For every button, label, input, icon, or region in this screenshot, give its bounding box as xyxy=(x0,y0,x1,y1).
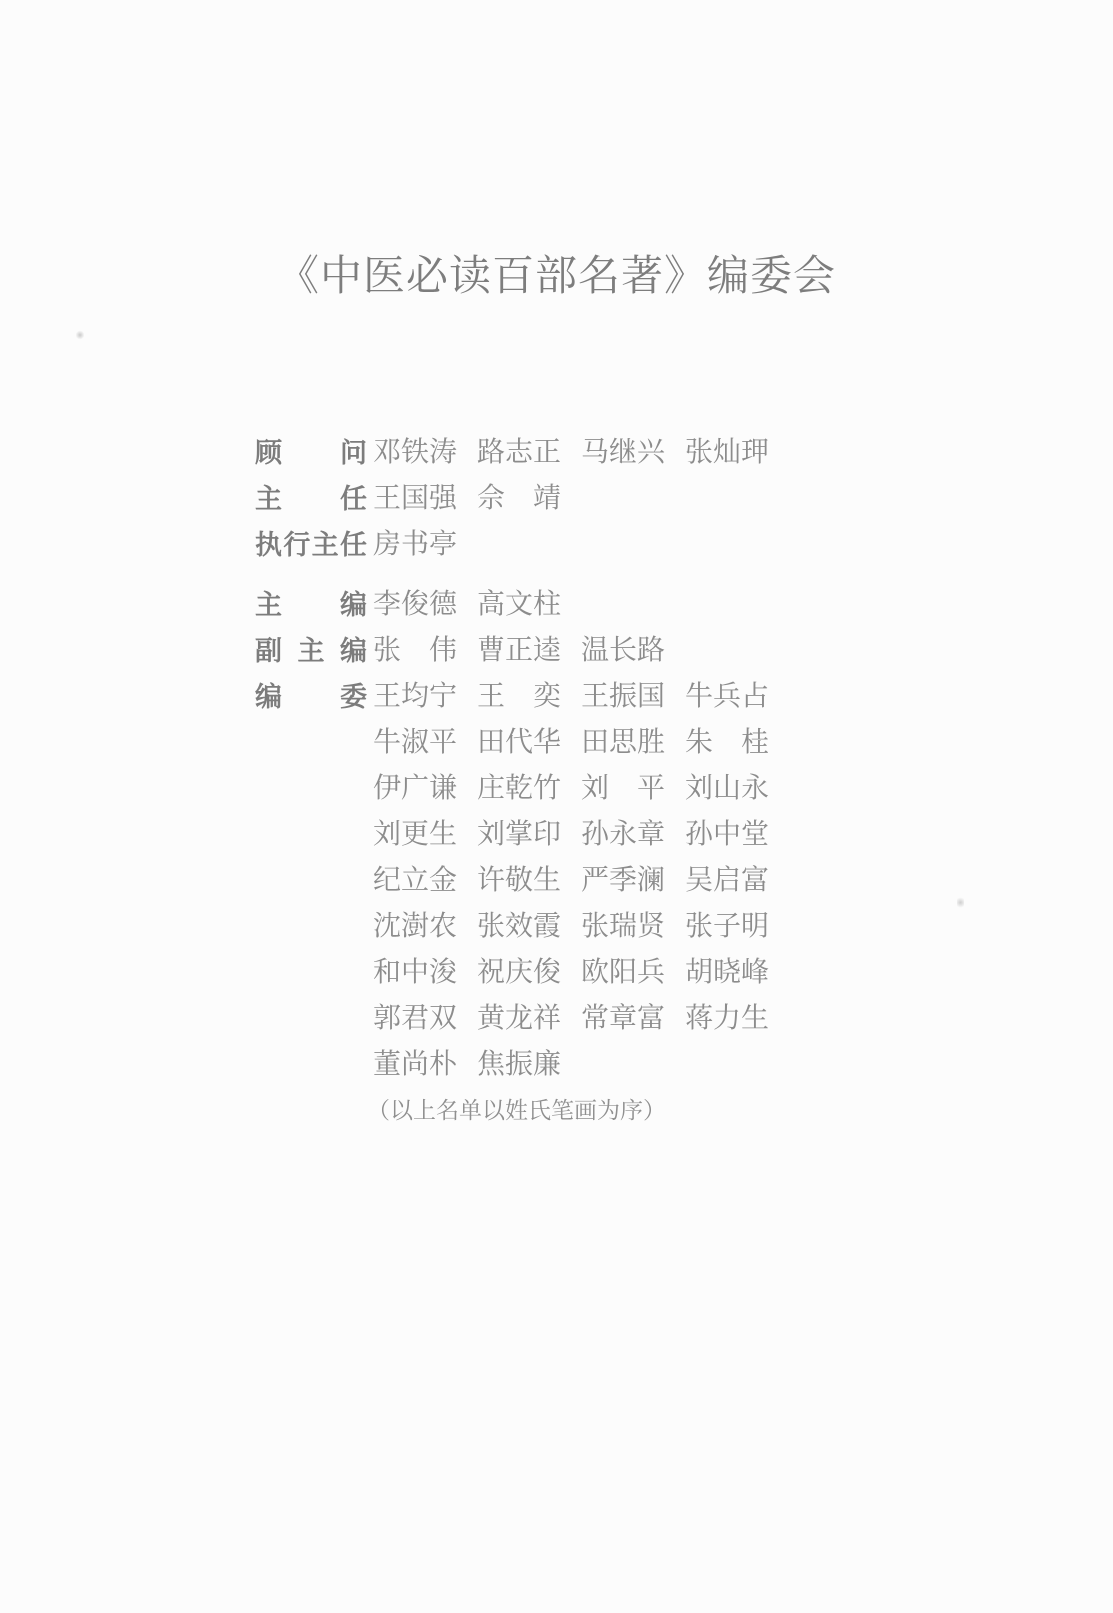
name-group: 邓铁涛 路志正 马继兴 张灿玾 xyxy=(373,430,789,470)
name-group: 伊广谦 庄乾竹 刘平 刘山永 xyxy=(373,766,789,806)
name-group: 郭君双 黄龙祥 常章富 蒋力生 xyxy=(373,996,789,1036)
role-label: 顾问 xyxy=(255,431,367,470)
roster-row-deputy-editors: 副主编 张伟 曹正逵 温长路 xyxy=(255,625,789,671)
person-name: 牛兵占 xyxy=(685,674,769,714)
person-name: 张灿玾 xyxy=(685,430,769,470)
person-name: 欧阳兵 xyxy=(581,950,665,990)
roster-row-executive-director: 执行主任 房书亭 xyxy=(255,519,789,565)
role-label: 副主编 xyxy=(255,629,367,668)
person-name: 王奕 xyxy=(477,674,561,714)
person-name: 刘平 xyxy=(581,766,665,806)
person-name: 蒋力生 xyxy=(685,996,769,1036)
person-name: 孙永章 xyxy=(581,812,665,852)
editorial-committee-roster: 顾问 邓铁涛 路志正 马继兴 张灿玾 主任 王国强 佘靖 执行主任 房书亭 主编 xyxy=(255,427,789,1085)
person-name: 佘靖 xyxy=(477,476,561,516)
roster-row-committee-members: 牛淑平 田代华 田思胜 朱桂 xyxy=(255,717,789,763)
person-name: 严季澜 xyxy=(581,858,665,898)
person-name: 刘山永 xyxy=(685,766,769,806)
name-group: 房书亭 xyxy=(373,522,477,562)
person-name: 曹正逵 xyxy=(477,628,561,668)
person-name: 张瑞贤 xyxy=(581,904,665,944)
roster-row-committee-members: 董尚朴 焦振廉 xyxy=(255,1039,789,1085)
person-name: 王均宁 xyxy=(373,674,457,714)
role-label: 执行主任 xyxy=(255,523,367,562)
person-name: 胡晓峰 xyxy=(685,950,769,990)
name-group: 董尚朴 焦振廉 xyxy=(373,1042,581,1082)
person-name: 焦振廉 xyxy=(477,1042,561,1082)
name-group: 刘更生 刘掌印 孙永章 孙中堂 xyxy=(373,812,789,852)
person-name: 王振国 xyxy=(581,674,665,714)
roster-row-chief-editors: 主编 李俊德 高文柱 xyxy=(255,579,789,625)
sort-order-note: （以上名单以姓氏笔画为序） xyxy=(367,1092,666,1125)
name-group: 和中浚 祝庆俊 欧阳兵 胡晓峰 xyxy=(373,950,789,990)
person-name: 伊广谦 xyxy=(373,766,457,806)
name-group: 李俊德 高文柱 xyxy=(373,582,581,622)
role-label: 编委 xyxy=(255,675,367,714)
role-label: 主编 xyxy=(255,583,367,622)
person-name: 田思胜 xyxy=(581,720,665,760)
person-name: 郭君双 xyxy=(373,996,457,1036)
person-name: 张伟 xyxy=(373,628,457,668)
roster-row-committee-members: 编委 王均宁 王奕 王振国 牛兵占 xyxy=(255,671,789,717)
name-group: 王国强 佘靖 xyxy=(373,476,581,516)
person-name: 马继兴 xyxy=(581,430,665,470)
person-name: 董尚朴 xyxy=(373,1042,457,1082)
roster-row-committee-members: 和中浚 祝庆俊 欧阳兵 胡晓峰 xyxy=(255,947,789,993)
person-name: 沈澍农 xyxy=(373,904,457,944)
roster-row-committee-members: 伊广谦 庄乾竹 刘平 刘山永 xyxy=(255,763,789,809)
person-name: 牛淑平 xyxy=(373,720,457,760)
name-group: 纪立金 许敬生 严季澜 吴启富 xyxy=(373,858,789,898)
person-name: 房书亭 xyxy=(373,522,457,562)
person-name: 高文柱 xyxy=(477,582,561,622)
person-name: 和中浚 xyxy=(373,950,457,990)
person-name: 路志正 xyxy=(477,430,561,470)
person-name: 张子明 xyxy=(685,904,769,944)
person-name: 常章富 xyxy=(581,996,665,1036)
person-name: 李俊德 xyxy=(373,582,457,622)
person-name: 邓铁涛 xyxy=(373,430,457,470)
name-group: 王均宁 王奕 王振国 牛兵占 xyxy=(373,674,789,714)
name-group: 张伟 曹正逵 温长路 xyxy=(373,628,685,668)
roster-row-committee-members: 沈澍农 张效霞 张瑞贤 张子明 xyxy=(255,901,789,947)
roster-row-directors: 主任 王国强 佘靖 xyxy=(255,473,789,519)
person-name: 刘掌印 xyxy=(477,812,561,852)
person-name: 田代华 xyxy=(477,720,561,760)
roster-row-committee-members: 郭君双 黄龙祥 常章富 蒋力生 xyxy=(255,993,789,1039)
person-name: 祝庆俊 xyxy=(477,950,561,990)
person-name: 纪立金 xyxy=(373,858,457,898)
role-label: 主任 xyxy=(255,477,367,516)
person-name: 王国强 xyxy=(373,476,457,516)
person-name: 庄乾竹 xyxy=(477,766,561,806)
roster-row-advisors: 顾问 邓铁涛 路志正 马继兴 张灿玾 xyxy=(255,427,789,473)
person-name: 朱桂 xyxy=(685,720,769,760)
page-title: 《中医必读百部名著》编委会 xyxy=(0,243,1113,303)
person-name: 孙中堂 xyxy=(685,812,769,852)
person-name: 温长路 xyxy=(581,628,665,668)
scan-speck xyxy=(76,330,84,340)
person-name: 吴启富 xyxy=(685,858,769,898)
person-name: 刘更生 xyxy=(373,812,457,852)
name-group: 牛淑平 田代华 田思胜 朱桂 xyxy=(373,720,789,760)
name-group: 沈澍农 张效霞 张瑞贤 张子明 xyxy=(373,904,789,944)
scanned-book-page: 《中医必读百部名著》编委会 顾问 邓铁涛 路志正 马继兴 张灿玾 主任 王国强 … xyxy=(0,0,1113,1613)
person-name: 许敬生 xyxy=(477,858,561,898)
person-name: 张效霞 xyxy=(477,904,561,944)
scan-speck xyxy=(957,896,964,909)
roster-row-committee-members: 纪立金 许敬生 严季澜 吴启富 xyxy=(255,855,789,901)
roster-row-committee-members: 刘更生 刘掌印 孙永章 孙中堂 xyxy=(255,809,789,855)
person-name: 黄龙祥 xyxy=(477,996,561,1036)
